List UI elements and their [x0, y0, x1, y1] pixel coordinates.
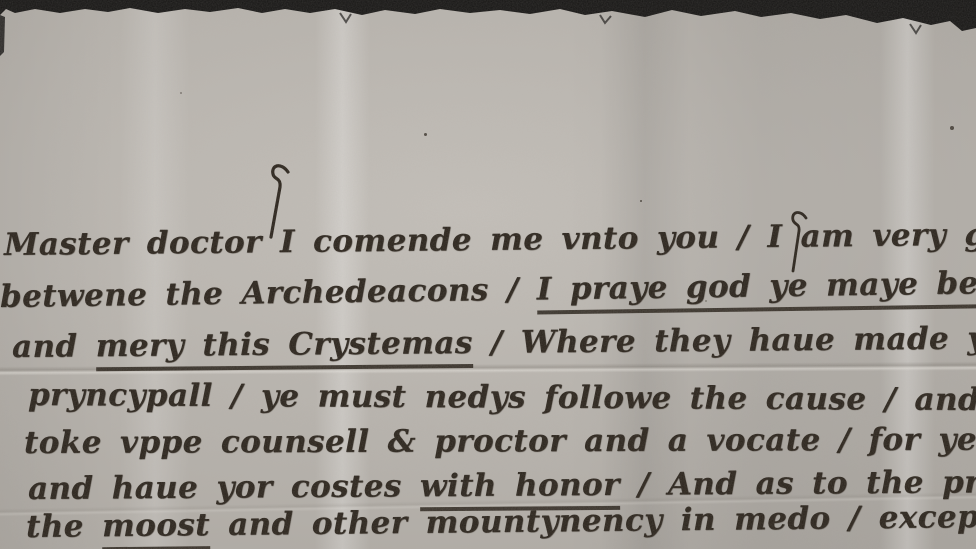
- text-segment: and haue yor costes: [28, 468, 420, 507]
- text-segment: toke vppe counsell & proctor and a vocat…: [24, 421, 976, 461]
- text-segment: betwene the Archedeacons /: [0, 272, 537, 315]
- text-segment: Master doctor I comende me vnto you / I …: [4, 214, 976, 263]
- ink-speck: [424, 133, 427, 136]
- underlined-phrase: I praye god ye maye be all: [537, 264, 976, 314]
- ink-speck: [640, 200, 642, 202]
- ink-speck: [950, 126, 954, 130]
- text-segment: / Where they haue made you: [473, 320, 976, 361]
- manuscript-line: pryncypall / ye must nedys followe the c…: [28, 377, 976, 418]
- left-edge-sliver: [0, 15, 5, 56]
- text-segment: and: [12, 328, 96, 365]
- paper-fibre-fringe: [340, 13, 921, 33]
- ink-speck: [180, 92, 182, 94]
- text-segment: and other mountynency in medo / except h…: [210, 498, 976, 543]
- text-segment: / And as to the preest of: [620, 463, 976, 502]
- text-segment: pryncypall / ye must nedys followe the c…: [28, 377, 976, 418]
- vertical-fold-streak: [120, 0, 190, 549]
- manuscript-line: and mery this Crystemas / Where they hau…: [12, 320, 976, 365]
- underlined-phrase: mery this Crystemas: [96, 325, 473, 371]
- torn-top-edge: [0, 0, 976, 70]
- dark-background-edge: [0, 0, 976, 31]
- text-segment: the: [26, 508, 102, 545]
- manuscript-photo: Master doctor I comende me vnto you / I …: [0, 0, 976, 549]
- manuscript-line: toke vppe counsell & proctor and a vocat…: [24, 421, 976, 461]
- manuscript-line: Master doctor I comende me vnto you / I …: [4, 214, 976, 263]
- manuscript-line: betwene the Archedeacons / I praye god y…: [0, 264, 976, 315]
- underlined-phrase: moost: [102, 507, 210, 549]
